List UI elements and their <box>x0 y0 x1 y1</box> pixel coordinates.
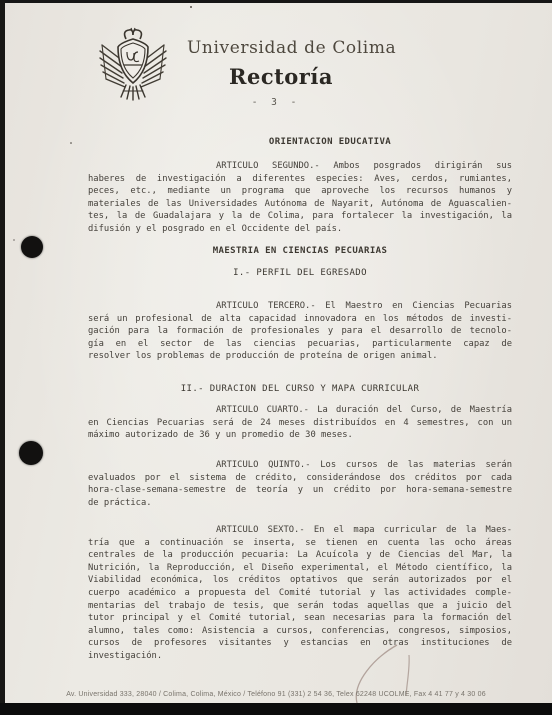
text-line: investigación. <box>88 650 512 663</box>
text-line: hora-clase-semana-semestre de teoría y u… <box>88 484 512 497</box>
paragraph-articulo-cuarto: ARTICULO CUARTO.- La duración del Curso,… <box>88 404 512 442</box>
text-line: difusión y el posgrado en el Occidente d… <box>88 223 512 236</box>
text-line: ARTICULO SEGUNDO.- Ambos posgrados dirig… <box>88 160 512 173</box>
text-line: resolver los problemas de producción de … <box>88 350 512 363</box>
scanner-edge-bottom <box>0 703 552 715</box>
text-line: alumno, tales como: Asistencia a cursos,… <box>88 625 512 638</box>
university-name: Universidad de Colima <box>187 38 396 58</box>
text-line: mentarias del trabajo de tesis, que será… <box>88 600 512 613</box>
page-number: - 3 - <box>0 97 552 108</box>
section-heading-maestria: MAESTRIA EN CIENCIAS PECUARIAS <box>88 246 538 256</box>
paper-speck <box>190 6 192 8</box>
paragraph-articulo-segundo: ARTICULO SEGUNDO.- Ambos posgrados dirig… <box>88 160 512 236</box>
text-line: ARTICULO CUARTO.- La duración del Curso,… <box>88 404 512 417</box>
text-line: Viabilidad económica, los créditos optat… <box>88 574 512 587</box>
text-line: máximo autorizado de 36 y un promedio de… <box>88 429 512 442</box>
text-line: evaluados por el sistema de crédito, con… <box>88 472 512 485</box>
section-heading-perfil: I.- PERFIL DEL EGRESADO <box>88 268 552 278</box>
text-line: materiales de las Universidades Autónoma… <box>88 198 512 211</box>
paragraph-articulo-sexto: ARTICULO SEXTO.- En el mapa curricular d… <box>88 524 512 663</box>
paper-speck <box>13 239 15 241</box>
text-line: de práctica. <box>88 497 512 510</box>
text-line: tes, la de Guadalajara y la de Colima, p… <box>88 210 512 223</box>
text-line: será un profesional de alta capacidad in… <box>88 313 512 326</box>
section-heading-orientacion: ORIENTACION EDUCATIVA <box>88 137 542 147</box>
paper-speck <box>70 142 72 144</box>
text-line: Nutrición, la Reproducción, el Diseño ex… <box>88 562 512 575</box>
text-line: ARTICULO QUINTO.- Los cursos de las mate… <box>88 459 512 472</box>
scanned-document-page: Universidad de Colima Rectoría - 3 - ORI… <box>0 0 552 715</box>
paragraph-articulo-tercero: ARTICULO TERCERO.- El Maestro en Ciencia… <box>88 300 512 363</box>
text-line: peces, etc., mediante un programa que ap… <box>88 185 512 198</box>
office-name: Rectoría <box>229 64 333 89</box>
text-line: centrales de la producción pecuaria: La … <box>88 549 512 562</box>
text-line: haberes de investigación a diferentes es… <box>88 173 512 186</box>
text-line: cursos de profesores visitantes y estanc… <box>88 637 512 650</box>
text-line: tría que a continuación se inserta, se t… <box>88 537 512 550</box>
university-coat-of-arms-icon <box>96 27 170 104</box>
text-line: ARTICULO TERCERO.- El Maestro en Ciencia… <box>88 300 512 313</box>
text-line: ARTICULO SEXTO.- En el mapa curricular d… <box>88 524 512 537</box>
text-line: gación para la formación de profesionale… <box>88 325 512 338</box>
text-line: en Ciencias Pecuarias será de 24 meses d… <box>88 417 512 430</box>
section-heading-duracion: II.- DURACION DEL CURSO Y MAPA CURRICULA… <box>88 384 512 394</box>
hole-punch-mark <box>19 441 43 465</box>
text-line: gía en el sector de las ciencias pecuari… <box>88 338 512 351</box>
hole-punch-mark <box>21 236 43 258</box>
footer-address: Av. Universidad 333, 28040 / Colima, Col… <box>0 691 552 698</box>
text-line: tutor principal y el Comité tutorial, se… <box>88 612 512 625</box>
scanner-edge-top <box>0 0 552 3</box>
paragraph-articulo-quinto: ARTICULO QUINTO.- Los cursos de las mate… <box>88 459 512 509</box>
text-line: cuerpo académico a propuesta del Comité … <box>88 587 512 600</box>
